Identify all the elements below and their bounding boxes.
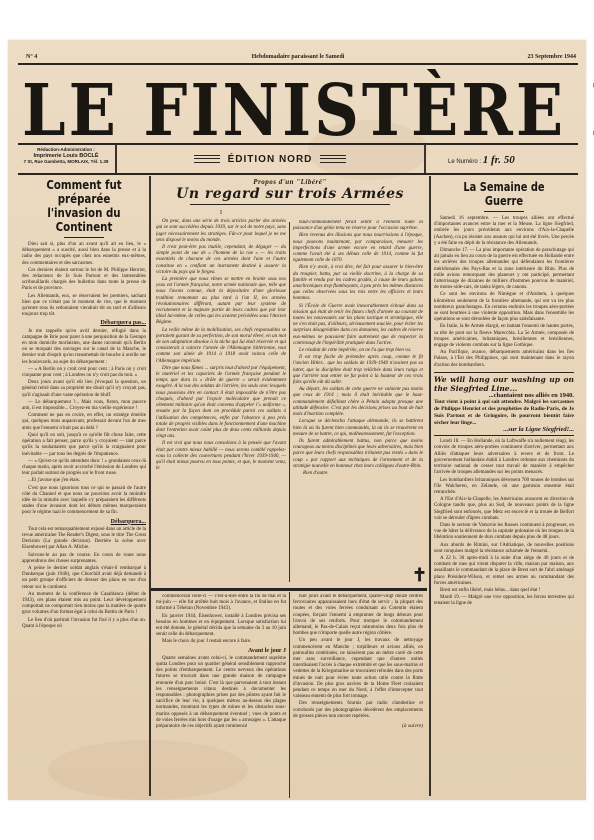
paragraph: Lundi 18. — En Hollande, où la Luftwaffe… bbox=[434, 439, 574, 476]
column-divider bbox=[289, 592, 290, 798]
paragraph: Quatre semaines avant celui-ci, le comma… bbox=[156, 656, 286, 730]
publication-frequency: Hebdomadaire paraissant le Samedi bbox=[18, 54, 578, 60]
paragraph: Au départ, les soldats de cette guerre n… bbox=[293, 387, 423, 418]
paragraph: Aux abords de Rimini, sur l'Adriatique, … bbox=[434, 543, 574, 555]
paragraph: En janvier 1944, Eisenhower, installé à … bbox=[156, 614, 286, 639]
price-block: Le Numéro : 1 fr. 50 bbox=[448, 150, 578, 170]
paragraph: Comment ne pas en croire, en effet, un s… bbox=[22, 413, 146, 432]
masthead-title: LE FINISTÈRE LIBÉRÉ bbox=[22, 67, 576, 153]
paragraph: ...Et j'avoue que j'en étais. bbox=[22, 478, 146, 484]
paragraph: Il n'est peut-être pas inutile, cependan… bbox=[156, 245, 286, 276]
imprint-block: Rédaction-Administration : Imprimerie Lo… bbox=[20, 147, 112, 171]
price-value: 1 fr. 50 bbox=[483, 154, 515, 166]
center-article-header: Propos d'un "Libéré" Un regard sur trois… bbox=[154, 178, 426, 205]
column-divider bbox=[289, 222, 290, 582]
article-kicker: Propos d'un "Libéré" bbox=[154, 178, 426, 186]
right-article-title: La Semaine de Guerre bbox=[447, 180, 562, 208]
center-article-title: Un regard sur trois Armées bbox=[154, 186, 426, 202]
divider bbox=[190, 204, 390, 205]
divider bbox=[151, 588, 427, 591]
divider bbox=[484, 211, 524, 212]
paragraph: Rien n'y avait, à vrai dire, été fait po… bbox=[293, 265, 423, 302]
paragraph: Dimanche 17. — La plus importante opérat… bbox=[434, 248, 574, 291]
paragraph: — Le débarquement ?... Mais vous, fiston… bbox=[22, 400, 146, 412]
edition-label: ÉDITION NORD bbox=[120, 150, 420, 170]
column-divider bbox=[429, 176, 431, 796]
paragraph: Lorsque se déclencha l'attaque allemande… bbox=[293, 419, 423, 438]
section-number: I bbox=[156, 210, 286, 216]
divider bbox=[18, 173, 578, 175]
subheading: Débarquera pas... bbox=[22, 320, 146, 326]
lower-center-column-2: huit jours avant le débarquement, quatre… bbox=[293, 594, 423, 798]
edition-text: ÉDITION NORD bbox=[228, 154, 313, 165]
paragraph: Il est trop facile de prétendre après co… bbox=[293, 355, 423, 386]
divider bbox=[18, 143, 578, 145]
paragraph: Il est vrai que nous nous consolions à l… bbox=[156, 441, 286, 472]
box-title: We will hang our washing up on the Siegf… bbox=[434, 375, 574, 393]
paragraph: Dire que nous fûmes ... surpris tout d'a… bbox=[156, 366, 286, 440]
paragraph: huit jours avant le débarquement, quatre… bbox=[293, 594, 423, 637]
paragraph: C'est que nous ignorions tous ce qui se … bbox=[22, 486, 146, 517]
subheading: Avant le jour J bbox=[156, 648, 286, 654]
paragraph: — « A Berlin on y croit cent pour cent ;… bbox=[22, 367, 146, 379]
column-divider bbox=[149, 176, 151, 796]
paragraph: Quoi qu'il en soit, jusqu'à ce qu'elle f… bbox=[22, 433, 146, 458]
paragraph: A peine le dernier soldat anglais s'étai… bbox=[22, 566, 146, 591]
decorative-lines bbox=[320, 155, 346, 163]
price-label: Le Numéro : bbox=[448, 159, 481, 165]
divider bbox=[424, 144, 426, 174]
issue-date: 23 Septembre 1944 bbox=[527, 54, 576, 60]
paragraph: Ils furent admirablement battus, non par… bbox=[293, 439, 423, 470]
paragraph: Le lieu d'où partirait l'invasion fut fi… bbox=[22, 618, 146, 630]
subheading: Débarquera... bbox=[22, 519, 146, 525]
paragraph: Au Pacifique, avance, débarquements amér… bbox=[434, 350, 574, 369]
paragraph: A 22 h. 30 après-midi à la suite d'un si… bbox=[434, 556, 574, 587]
siegfried-box: We will hang our washing up on the Siegf… bbox=[434, 372, 574, 436]
right-article: La Semaine de Guerre Samedi 16 septembre… bbox=[434, 180, 574, 798]
paragraph: En Italie, la 8e Armée élargit, en batta… bbox=[434, 324, 574, 349]
to-be-continued: (à suivre) bbox=[293, 723, 423, 729]
box-body: Tout vient à point à qui sait attendre. … bbox=[434, 399, 574, 427]
paragraph: Mardi 19. — Malgré une vive opposition, … bbox=[434, 595, 574, 607]
paragraph: Mais le choix du jour J restait encore à… bbox=[156, 639, 286, 645]
paragraph: Ce sont les environs de Nimègue et d'Arn… bbox=[434, 292, 574, 323]
paragraph: La veille même de la mobilisation, ses c… bbox=[156, 328, 286, 365]
left-article-title: Comment fut préparée l'invasion du Conti… bbox=[33, 178, 135, 234]
paragraph: Les bombardiers britanniques déversent 7… bbox=[434, 478, 574, 497]
paragraph: Ces derniers étaient surtout le lot de M… bbox=[22, 268, 146, 293]
paragraph: Bien revenus des illusions que nous nour… bbox=[293, 233, 423, 264]
paragraph: Les Allemands, eux, se réservaient les p… bbox=[22, 294, 146, 319]
divider bbox=[64, 237, 104, 238]
divider bbox=[115, 144, 117, 174]
lower-center-column-1: commencerait celle-ci — c'est-à-dire ent… bbox=[156, 594, 286, 798]
paragraph: Brest est enfin libéré, mais hélas... da… bbox=[434, 588, 574, 594]
left-article: Comment fut préparée l'invasion du Conti… bbox=[22, 178, 146, 796]
paragraph: — « Qu'est-ce qu'ils attendent donc ! » … bbox=[22, 459, 146, 478]
divider bbox=[18, 63, 578, 65]
decorative-lines bbox=[194, 155, 220, 163]
paragraph: Rien d'autre. bbox=[293, 471, 423, 477]
paragraph: Le résultat de cette impéritie, on ne l'… bbox=[293, 348, 423, 354]
center-column-2: haut-commandement ferait sentir à l'enne… bbox=[293, 220, 423, 580]
paragraph: Si l'École de Guerre avait inexorablemen… bbox=[293, 304, 423, 347]
paragraph: On peut, dans une série de trois article… bbox=[156, 219, 286, 244]
paragraph: Dieu sait si, plus d'un an avant qu'il a… bbox=[22, 242, 146, 267]
paragraph: Je me rappelle qu'en avril dernier, réfu… bbox=[22, 329, 146, 366]
paragraph: Samedi 16 septembre. — Les troupes allié… bbox=[434, 216, 574, 247]
paragraph: Au moment de la conférence de Casablanca… bbox=[22, 592, 146, 617]
box-closing: ...sur la Ligne Siegfried!... bbox=[434, 427, 574, 433]
paragraph: Des renseignements fournis par radio cla… bbox=[293, 701, 423, 720]
center-column-1: I On peut, dans une série de trois artic… bbox=[156, 210, 286, 580]
paragraph: Un peu avant le jour J, les travaux de n… bbox=[293, 638, 423, 700]
cross-icon: ✝ bbox=[412, 565, 427, 586]
paragraph: haut-commandement ferait sentir à l'enne… bbox=[293, 220, 423, 232]
paragraph: Tout cela est remarquablement exposé dan… bbox=[22, 527, 146, 552]
imprint-line: 7 St, Rue Gambetta, MORLAIX, Tél. 1.39 bbox=[20, 159, 112, 165]
newspaper-page: N° 4 Hebdomadaire paraissant le Samedi 2… bbox=[8, 40, 586, 800]
paragraph: Suivons-le au pas de course. En cours de… bbox=[22, 553, 146, 565]
paragraph: Dans le secteur de Varsovie les Russes c… bbox=[434, 523, 574, 542]
paragraph: La première que nous vîmes se mettre en … bbox=[156, 277, 286, 327]
paragraph: Deux jours avant qu'il eût lieu j'évoqua… bbox=[22, 380, 146, 399]
paragraph: commencerait celle-ci — c'est-à-dire ent… bbox=[156, 594, 286, 613]
paragraph: A l'Est d'Aix-la-Chapelle, les Américain… bbox=[434, 497, 574, 522]
